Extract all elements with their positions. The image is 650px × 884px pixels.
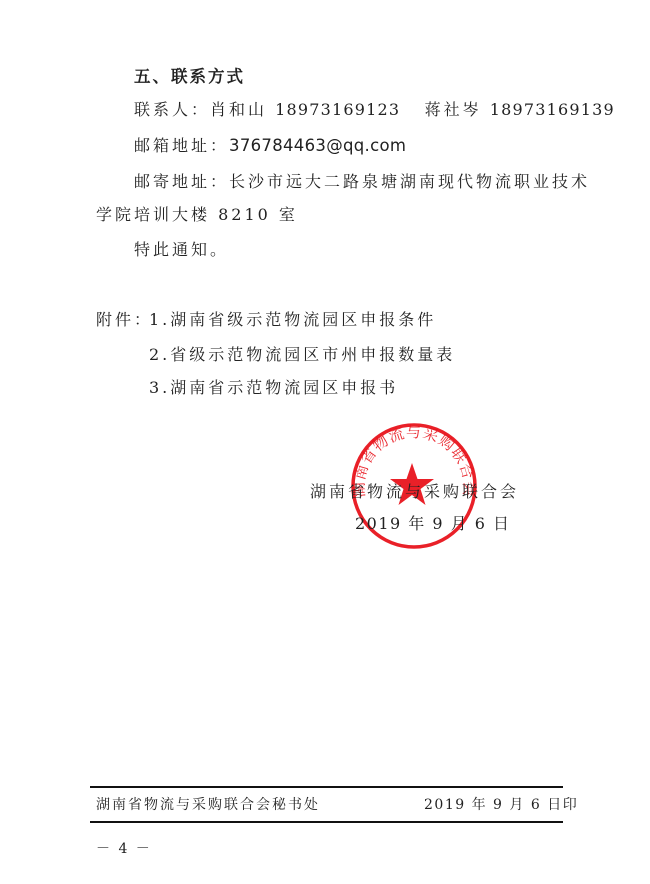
- signature-organization: 湖南省物流与采购联合会: [310, 482, 519, 502]
- email-address: 376784463@qq.com: [229, 136, 406, 155]
- address-text-1: 长沙市远大二路泉塘湖南现代物流职业技术: [229, 172, 590, 191]
- address-label: 邮寄地址：: [134, 172, 229, 191]
- section-heading: 五、联系方式: [134, 67, 245, 87]
- address-line-1: 邮寄地址：长沙市远大二路泉塘湖南现代物流职业技术: [134, 172, 590, 192]
- contact-line: 联系人：肖和山 18973169123 蒋社岑 18973169139: [134, 100, 615, 120]
- footer-issuer: 湖南省物流与采购联合会秘书处: [96, 796, 320, 814]
- contact-phone-2: 18973169139: [490, 100, 615, 119]
- footer-top-rule: [90, 786, 563, 788]
- page-number: － 4 －: [96, 840, 152, 858]
- closing-text: 特此通知。: [134, 240, 229, 260]
- contact-name-2: 蒋社岑: [425, 100, 482, 119]
- footer-print-date: 2019 年 9 月 6 日印: [424, 796, 578, 814]
- contact-label: 联系人：: [134, 100, 210, 119]
- contact-name-1: 肖和山: [210, 100, 267, 119]
- address-line-2: 学院培训大楼 8210 室: [96, 205, 298, 225]
- attachment-item-3: 3.湖南省示范物流园区申报书: [149, 378, 398, 398]
- signature-date: 2019 年 9 月 6 日: [355, 514, 511, 534]
- attachment-item-2: 2.省级示范物流园区市州申报数量表: [149, 345, 455, 365]
- footer-bottom-rule: [90, 821, 563, 823]
- email-line: 邮箱地址：376784463@qq.com: [134, 136, 406, 156]
- contact-phone-1: 18973169123: [275, 100, 400, 119]
- email-label: 邮箱地址：: [134, 136, 229, 155]
- attachments-label: 附件：: [96, 310, 153, 330]
- attachment-item-1: 1.湖南省级示范物流园区申报条件: [149, 310, 436, 330]
